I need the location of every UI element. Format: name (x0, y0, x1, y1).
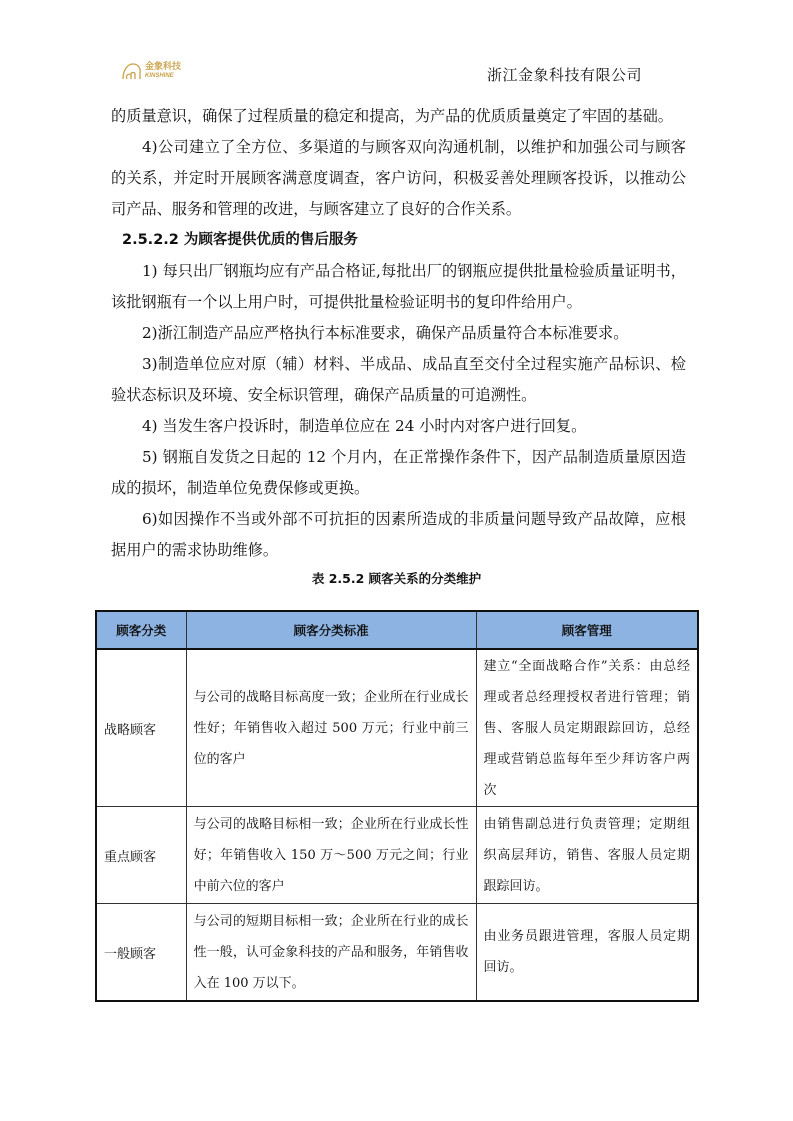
cell-standard: 与公司的短期目标相一致；企业所在行业的成长性一般，认可金象科技的产品和服务，年销… (186, 904, 476, 1002)
paragraph-continuation: 的质量意识，确保了过程质量的稳定和提高，为产品的优质质量奠定了牢固的基础。 (111, 101, 686, 132)
cell-standard: 与公司的战略目标相一致；企业所在行业成长性好；年销售收入 150 万～500 万… (186, 807, 476, 904)
table-caption: 表 2.5.2 顾客关系的分类维护 (0, 569, 793, 587)
cell-category: 一般顾客 (96, 904, 186, 1002)
elephant-logo-icon (121, 61, 143, 81)
service-item-1: 1) 每只出厂钢瓶均应有产品合格证,每批出厂的钢瓶应提供批量检验质量证明书，该批… (111, 256, 686, 318)
cell-category: 重点顾客 (96, 807, 186, 904)
service-item-5: 5) 钢瓶自发货之日起的 12 个月内，在正常操作条件下，因产品制造质量原因造成… (111, 442, 686, 504)
cell-standard: 与公司的战略目标高度一致；企业所在行业成长性好；年销售收入超过 500 万元；行… (186, 649, 476, 807)
logo-english-text: KINSHINE (145, 73, 181, 79)
service-item-2: 2)浙江制造产品应严格执行本标准要求，确保产品质量符合本标准要求。 (111, 318, 686, 349)
company-logo: 金象科技 KINSHINE (121, 60, 193, 82)
logo-chinese-text: 金象科技 (145, 63, 181, 72)
table-row: 重点顾客 与公司的战略目标相一致；企业所在行业成长性好；年销售收入 150 万～… (96, 807, 698, 904)
column-header-standard: 顾客分类标准 (186, 611, 476, 649)
table-row: 一般顾客 与公司的短期目标相一致；企业所在行业的成长性一般，认可金象科技的产品和… (96, 904, 698, 1002)
service-item-3: 3)制造单位应对原（辅）材料、半成品、成品直至交付全过程实施产品标识、检验状态标… (111, 349, 686, 411)
paragraph-communication: 4)公司建立了全方位、多渠道的与顾客双向沟通机制，以维护和加强公司与顾客的关系，… (111, 132, 686, 225)
cell-management: 由业务员跟进管理，客服人员定期回访。 (476, 904, 698, 1002)
cell-management: 由销售副总进行负责管理；定期组织高层拜访，销售、客服人员定期跟踪回访。 (476, 807, 698, 904)
table-row: 战略顾客 与公司的战略目标高度一致；企业所在行业成长性好；年销售收入超过 500… (96, 649, 698, 807)
company-name: 浙江金象科技有限公司 (487, 64, 642, 85)
document-body: 的质量意识，确保了过程质量的稳定和提高，为产品的优质质量奠定了牢固的基础。 4)… (111, 101, 686, 566)
cell-management: 建立“全面战略合作”关系：由总经理或者总经理授权者进行管理；销售、客服人员定期跟… (476, 649, 698, 807)
customer-classification-table: 顾客分类 顾客分类标准 顾客管理 战略顾客 与公司的战略目标高度一致；企业所在行… (95, 610, 699, 1002)
service-item-4: 4) 当发生客户投诉时，制造单位应在 24 小时内对客户进行回复。 (111, 411, 686, 442)
table-header-row: 顾客分类 顾客分类标准 顾客管理 (96, 611, 698, 649)
service-item-6: 6)如因操作不当或外部不可抗拒的因素所造成的非质量问题导致产品故障，应根据用户的… (111, 504, 686, 566)
section-heading: 2.5.2.2 为顾客提供优质的售后服务 (111, 225, 686, 256)
column-header-category: 顾客分类 (96, 611, 186, 649)
column-header-management: 顾客管理 (476, 611, 698, 649)
cell-category: 战略顾客 (96, 649, 186, 807)
